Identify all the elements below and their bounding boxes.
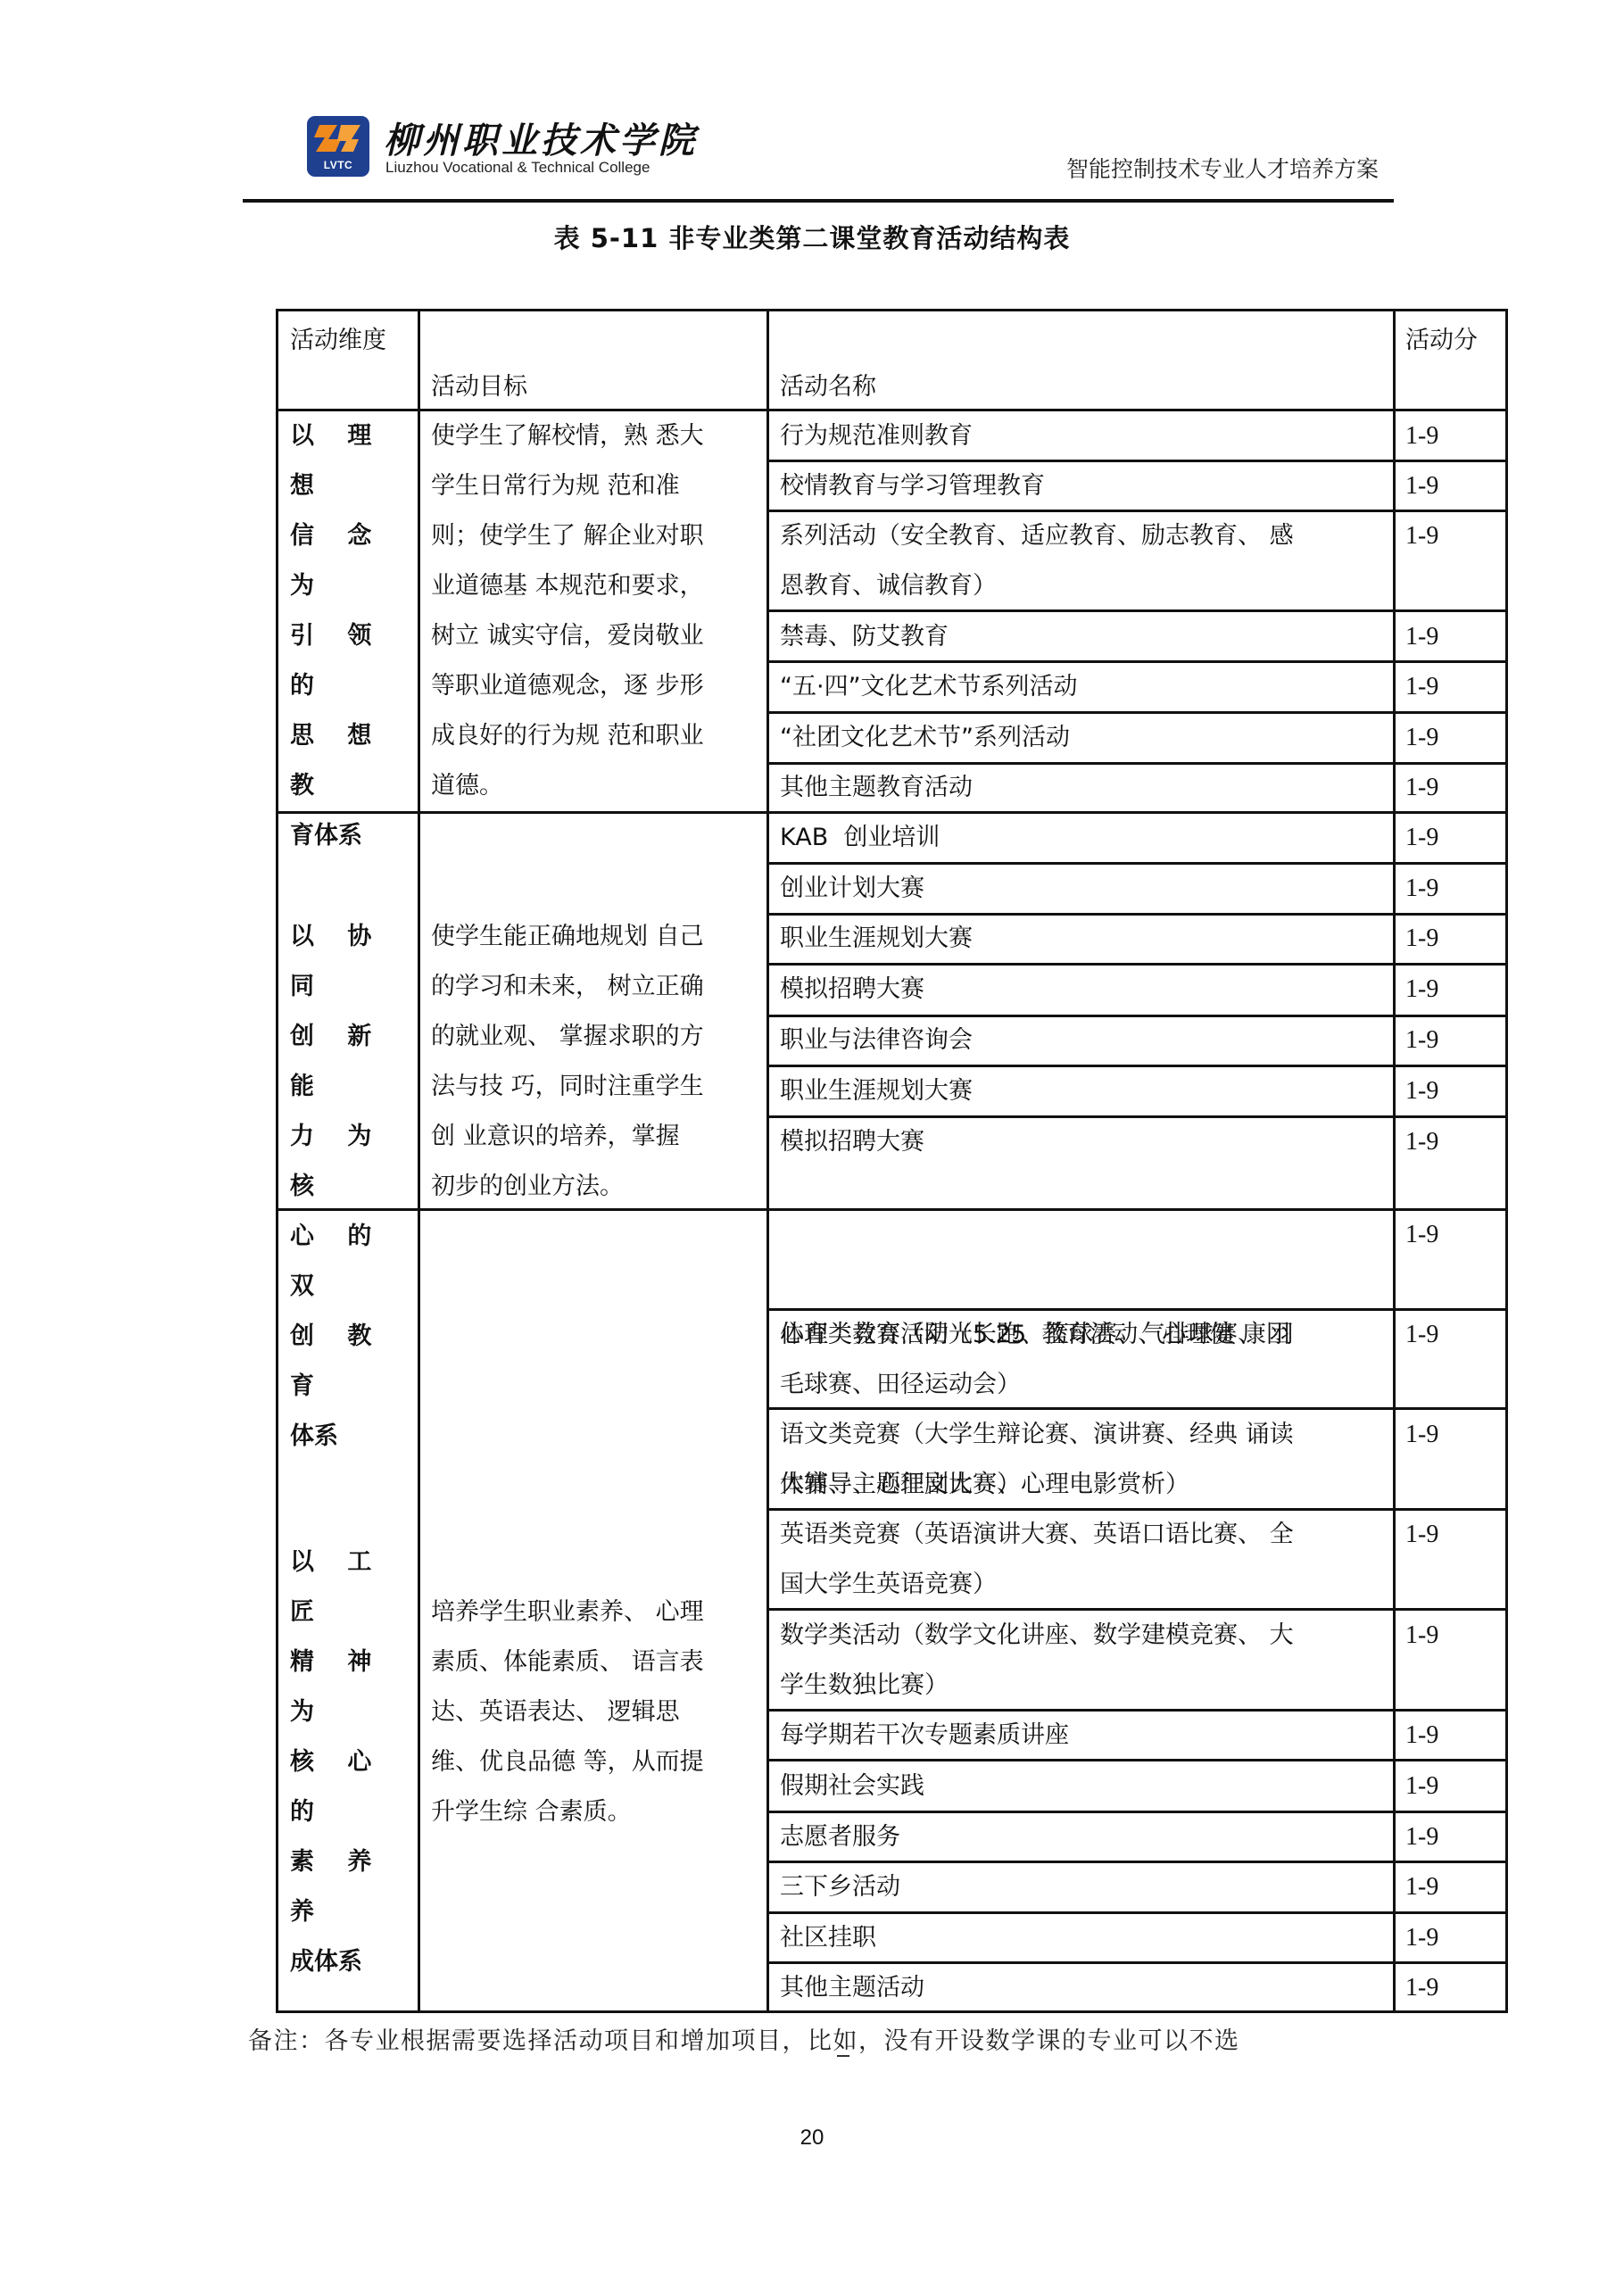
dimension-cell: 以 理 想 信 念 为 引 领 的 思 想 教 育体系 — [290, 411, 424, 861]
activity-score: 1-9 — [1405, 1015, 1438, 1065]
column-divider-3 — [1393, 309, 1396, 2013]
goal-cell: 使学生能正确地规划 自己 的学习和未来， 树立正确 的就业观、 掌握求职的方 法… — [431, 912, 752, 1212]
activity-score: 1-9 — [1405, 1611, 1438, 1661]
activity-score: 1-9 — [1405, 1862, 1438, 1912]
activity-name: 创业计划大赛 — [780, 864, 924, 914]
activity-name: “五·四”文化艺术节系列活动 — [780, 662, 1078, 712]
activity-score: 1-9 — [1405, 914, 1438, 964]
activity-score: 1-9 — [1405, 713, 1438, 763]
activity-name: 模拟招聘大赛 — [780, 1117, 924, 1167]
table-caption: 表 5-11 非专业类第二课堂教育活动结构表 — [0, 219, 1624, 255]
activity-score: 1-9 — [1405, 1210, 1438, 1260]
activity-score: 1-9 — [1405, 763, 1438, 813]
header-rule — [243, 199, 1394, 203]
activity-name: “社团文化艺术节”系列活动 — [780, 713, 1070, 763]
column-divider-2 — [766, 309, 769, 2013]
activity-score: 1-9 — [1405, 612, 1438, 662]
activity-score: 1-9 — [1405, 461, 1438, 511]
activity-structure-table: 活动维度 活动目标 活动名称 活动分 以 理 想 信 念 为 引 领 的 思 想… — [276, 309, 1508, 2013]
activity-score: 1-9 — [1405, 813, 1438, 863]
activity-name: 行为规范准则教育 — [780, 411, 973, 461]
college-logo: LVTC — [307, 116, 369, 177]
activity-name: KAB 创业培训 — [780, 813, 940, 863]
activity-name: 社区挂职 — [780, 1913, 876, 1963]
column-header-activity-name: 活动名称 — [780, 362, 876, 412]
column-header-score: 活动分 — [1405, 316, 1478, 366]
activity-score: 1-9 — [1405, 511, 1438, 561]
activity-score: 1-9 — [1405, 1117, 1438, 1167]
logo-abbreviation: LVTC — [307, 159, 369, 171]
activity-score: 1-9 — [1405, 864, 1438, 914]
activity-name: 禁毒、防艾教育 — [780, 612, 949, 662]
activity-name: 校情教育与学习管理教育 — [780, 461, 1045, 511]
activity-score: 1-9 — [1405, 1711, 1438, 1761]
activity-score: 1-9 — [1405, 1310, 1438, 1360]
table-border-left — [276, 309, 278, 2013]
goal-cell: 使学生了解校情，熟 悉大 学生日常行为规 范和准 则；使学生了 解企业对职 业道… — [431, 411, 752, 811]
activity-name: 其他主题活动 — [780, 1963, 924, 2013]
college-name-en: Liuzhou Vocational & Technical College — [385, 159, 650, 177]
activity-name: 系列活动（安全教育、适应教育、励志教育、 感 恩教育、诚信教育） — [780, 511, 1294, 611]
table-border-right — [1505, 309, 1508, 2013]
activity-name: 数学类活动（数学文化讲座、数学建模竞赛、 大 学生数独比赛） — [780, 1611, 1294, 1711]
dimension-cell: 以 工 匠 精 神 为 核 心 的 素 养 养 成体系 — [290, 1538, 424, 1987]
activity-score: 1-9 — [1405, 1761, 1438, 1811]
activity-score: 1-9 — [1405, 1812, 1438, 1862]
college-name-cn: 柳州职业技术学院 — [384, 112, 698, 163]
lvtc-logo-mark-icon — [314, 121, 362, 157]
table-note: 备注：各专业根据需要选择活动项目和增加项目，比如，没有开设数学课的专业可以不选 — [248, 2021, 1240, 2056]
activity-score: 1-9 — [1405, 662, 1438, 712]
goal-cell: 培养学生职业素养、 心理 素质、体能素质、 语言表 达、英语表达、 逻辑思 维、… — [431, 1587, 752, 1837]
activity-name: 职业生涯规划大赛 — [780, 1066, 973, 1116]
column-header-dimension: 活动维度 — [290, 316, 386, 366]
activity-name: 志愿者服务 — [780, 1812, 900, 1862]
column-header-goal: 活动目标 — [431, 362, 527, 412]
activity-score: 1-9 — [1405, 1963, 1438, 2013]
activity-name: 体育类竞赛（阳光长跑、篮球赛、气排球赛、 羽 毛球赛、田径运动会） — [780, 1310, 1294, 1410]
table-border-top — [276, 309, 1508, 311]
activity-name: 语文类竞赛（大学生辩论赛、演讲赛、经典 诵读 大赛、主题征文比赛） — [780, 1410, 1294, 1510]
activity-name: 职业与法律咨询会 — [780, 1015, 973, 1065]
activity-name: 模拟招聘大赛 — [780, 965, 924, 1015]
note-continuation-mark — [837, 2055, 849, 2057]
activity-name: 职业生涯规划大赛 — [780, 914, 973, 964]
activity-name: 每学期若干次专题素质讲座 — [780, 1711, 1069, 1761]
activity-name: 三下乡活动 — [780, 1862, 900, 1912]
activity-name: 假期社会实践 — [780, 1761, 924, 1811]
activity-score: 1-9 — [1405, 1510, 1438, 1560]
activity-score: 1-9 — [1405, 1410, 1438, 1460]
activity-score: 1-9 — [1405, 1913, 1438, 1963]
activity-score: 1-9 — [1405, 411, 1438, 461]
document-title: 智能控制技术专业人才培养方案 — [1066, 152, 1379, 184]
activity-score: 1-9 — [1405, 965, 1438, 1015]
activity-name: 其他主题教育活动 — [780, 763, 973, 813]
activity-name: 英语类竞赛（英语演讲大赛、英语口语比赛、 全 国大学生英语竞赛） — [780, 1510, 1294, 1610]
activity-score: 1-9 — [1405, 1066, 1438, 1116]
page-number: 20 — [0, 2126, 1624, 2151]
dimension-cell: 以 协 同 创 新 能 力 为 核 心 的 双 创 教 育 体系 — [290, 912, 424, 1462]
